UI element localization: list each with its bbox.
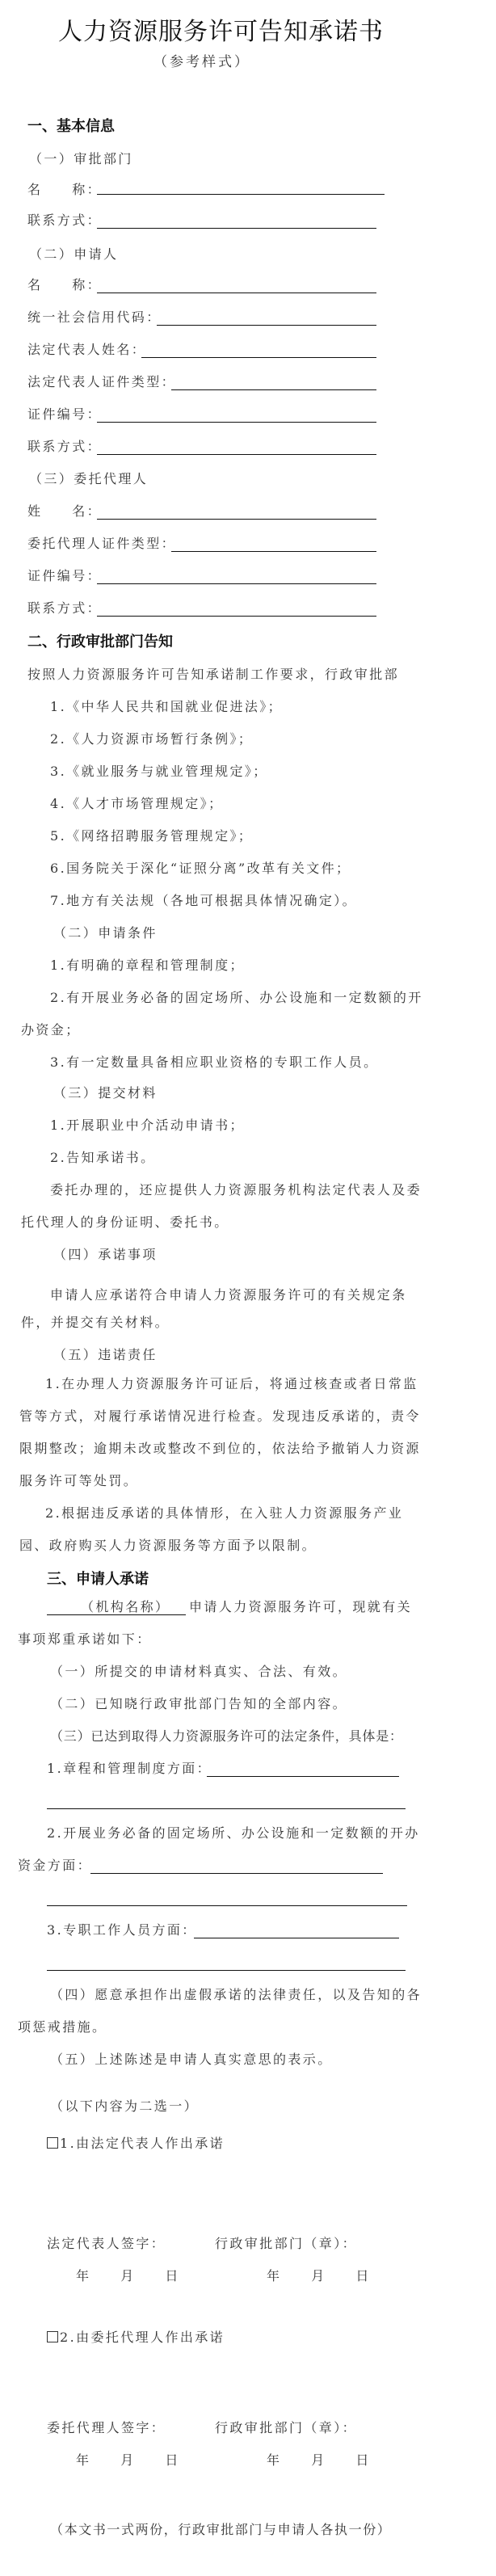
law-item: 4.《人才市场管理规定》；: [50, 793, 223, 812]
liability-text: 限期整改；逾期未改或整改不到位的，依法给予撤销人力资源: [19, 1438, 421, 1457]
dept-seal-date: 年 月 日: [267, 2266, 371, 2284]
applicant-contact-label: 联系方式：: [27, 436, 102, 455]
applicant-name-field[interactable]: [97, 293, 376, 293]
agent-id-number-field[interactable]: [97, 583, 376, 584]
section-basic-info-heading: 一、基本信息: [27, 115, 115, 136]
materials-note: 委托办理的，还应提供人力资源服务机构法定代表人及委: [50, 1180, 422, 1198]
option-agent[interactable]: 2.由委托代理人作出承诺: [47, 2327, 225, 2346]
agent-id-type-field[interactable]: [171, 551, 376, 552]
commitment-item: （二）已知晓行政审批部门告知的全部内容。: [50, 1694, 347, 1712]
law-item: 3.《就业服务与就业管理规定》；: [50, 761, 268, 780]
footer-note: （本文书一式两份，行政审批部门与申请人各执一份）: [50, 2519, 391, 2538]
condition-item: 3.有一定数量具备相应职业资格的专职工作人员。: [50, 1052, 378, 1071]
option-agent-checkbox[interactable]: [47, 2331, 58, 2342]
commitments-text: 件，并提交有关材料。: [21, 1312, 170, 1331]
condition-item: 2.有开展业务必备的固定场所、办公设施和一定数额的开: [50, 987, 423, 1006]
credit-code-field[interactable]: [157, 325, 376, 326]
legal-rep-name-label: 法定代表人姓名：: [27, 339, 146, 358]
law-item: 6.国务院关于深化“证照分离”改革有关文件；: [50, 858, 351, 877]
dept-seal-date-2: 年 月 日: [267, 2450, 371, 2469]
liability-text: 园、政府购买人力资源服务等方面予以限制。: [19, 1535, 317, 1554]
agent-contact-field[interactable]: [97, 616, 376, 617]
option-legal-rep-checkbox[interactable]: [47, 2137, 58, 2149]
commitment-intro-cont: 事项郑重承诺如下：: [18, 1629, 152, 1648]
law-item: 7.地方有关法规（各地可根据具体情况确定）。: [50, 890, 357, 909]
org-name-field[interactable]: [47, 1614, 186, 1615]
applicant-id-number-label: 证件编号：: [27, 404, 102, 423]
applicant-heading: （二）申请人: [29, 244, 118, 263]
applicant-id-number-field[interactable]: [97, 422, 376, 423]
condition-facilities-field[interactable]: [90, 1873, 383, 1874]
approval-dept-heading: （一）审批部门: [29, 149, 133, 167]
option-agent-label: 2.由委托代理人作出承诺: [60, 2330, 225, 2345]
agent-id-number-label: 证件编号：: [27, 566, 102, 584]
legal-rep-name-field[interactable]: [141, 357, 376, 358]
liability-text: 2.根据违反承诺的具体情形，在入驻人力资源服务产业: [45, 1503, 403, 1522]
liability-text: 服务许可等处罚。: [19, 1471, 138, 1489]
notice-intro: 按照人力资源服务许可告知承诺制工作要求，行政审批部: [27, 664, 399, 683]
choice-note: （以下内容为二选一）: [50, 2096, 199, 2115]
option-legal-rep-label: 1.由法定代表人作出承诺: [60, 2136, 225, 2151]
condition-facilities-label: 2.开展业务必备的固定场所、办公设施和一定数额的开办: [47, 1823, 420, 1842]
law-item: 1.《中华人民共和国就业促进法》；: [50, 697, 283, 715]
legal-rep-date: 年 月 日: [76, 2266, 180, 2284]
approval-dept-name-label: 名 称：: [27, 179, 102, 198]
section-notice-heading: 二、行政审批部门告知: [27, 630, 173, 651]
credit-code-label: 统一社会信用代码：: [27, 307, 162, 326]
legal-rep-id-type-label: 法定代表人证件类型：: [27, 372, 176, 390]
agent-name-label: 姓 名：: [27, 501, 102, 520]
law-item: 5.《网络招聘服务管理规定》；: [50, 826, 253, 844]
agent-signature-label: 委托代理人签字：: [47, 2418, 166, 2436]
liability-text: 1.在办理人力资源服务许可证后，将通过核查或者日常监: [45, 1374, 418, 1392]
materials-note: 托代理人的身份证明、委托书。: [21, 1212, 229, 1231]
option-legal-rep[interactable]: 1.由法定代表人作出承诺: [47, 2133, 225, 2152]
approval-dept-contact-label: 联系方式：: [27, 210, 102, 229]
condition-item: 1.有明确的章程和管理制度；: [50, 955, 245, 974]
dept-seal-label: 行政审批部门（章）：: [215, 2233, 357, 2252]
document-subtitle: （参考样式）: [153, 50, 250, 70]
liability-heading: （五）违诺责任: [53, 1345, 158, 1363]
agent-contact-label: 联系方式：: [27, 598, 102, 617]
material-item: 1.开展职业中介活动申请书；: [50, 1115, 245, 1134]
commitment-item: （三）已达到取得人力资源服务许可的法定条件，具体是：: [50, 1726, 403, 1745]
condition-bylaws-field-2[interactable]: [47, 1808, 406, 1809]
legal-rep-id-type-field[interactable]: [171, 389, 376, 390]
law-item: 2.《人力资源市场暂行条例》；: [50, 729, 253, 747]
condition-bylaws-label: 1.章程和管理制度方面：: [47, 1758, 212, 1777]
agent-name-field[interactable]: [97, 519, 376, 520]
materials-heading: （三）提交材料: [53, 1083, 158, 1101]
applicant-contact-field[interactable]: [97, 454, 376, 455]
applicant-name-label: 名 称：: [27, 275, 102, 293]
commitments-text: 申请人应承诺符合申请人力资源服务许可的有关规定条: [50, 1285, 407, 1303]
condition-bylaws-field[interactable]: [207, 1776, 399, 1777]
condition-facilities-label-cont: 资金方面：: [18, 1855, 92, 1874]
commitment-item-4: （四）愿意承担作出虚假承诺的法律责任，以及告知的各: [50, 1985, 422, 2003]
condition-staff-field-2[interactable]: [47, 1970, 406, 1971]
commitment-item-4-cont: 项惩戒措施。: [18, 2017, 107, 2035]
dept-seal-label-2: 行政审批部门（章）：: [215, 2418, 357, 2436]
liability-text: 管等方式，对履行承诺情况进行检查。发现违反承诺的，责令: [19, 1406, 421, 1425]
material-item: 2.告知承诺书。: [50, 1147, 155, 1166]
commitment-intro: 申请人力资源服务许可，现就有关: [189, 1597, 412, 1615]
condition-item-cont: 办资金；: [21, 1020, 81, 1038]
conditions-heading: （二）申请条件: [53, 923, 158, 941]
commitments-heading: （四）承诺事项: [53, 1244, 158, 1263]
agent-date: 年 月 日: [76, 2450, 180, 2469]
org-name-placeholder: （机构名称）: [81, 1597, 170, 1615]
agent-id-type-label: 委托代理人证件类型：: [27, 533, 176, 552]
commitment-item-5: （五）上述陈述是申请人真实意思的表示。: [50, 2049, 333, 2068]
condition-staff-label: 3.专职工作人员方面：: [47, 1920, 197, 1938]
approval-dept-contact-field[interactable]: [97, 228, 376, 229]
section-commitment-heading: 三、申请人承诺: [47, 1568, 149, 1589]
commitment-item: （一）所提交的申请材料真实、合法、有效。: [50, 1661, 347, 1680]
condition-staff-field[interactable]: [194, 1938, 399, 1938]
document-title: 人力资源服务许可告知承诺书: [58, 11, 384, 47]
legal-rep-signature-label: 法定代表人签字：: [47, 2233, 166, 2252]
approval-dept-name-field[interactable]: [97, 194, 385, 195]
condition-facilities-field-2[interactable]: [47, 1905, 407, 1906]
agent-heading: （三）委托代理人: [29, 469, 148, 487]
